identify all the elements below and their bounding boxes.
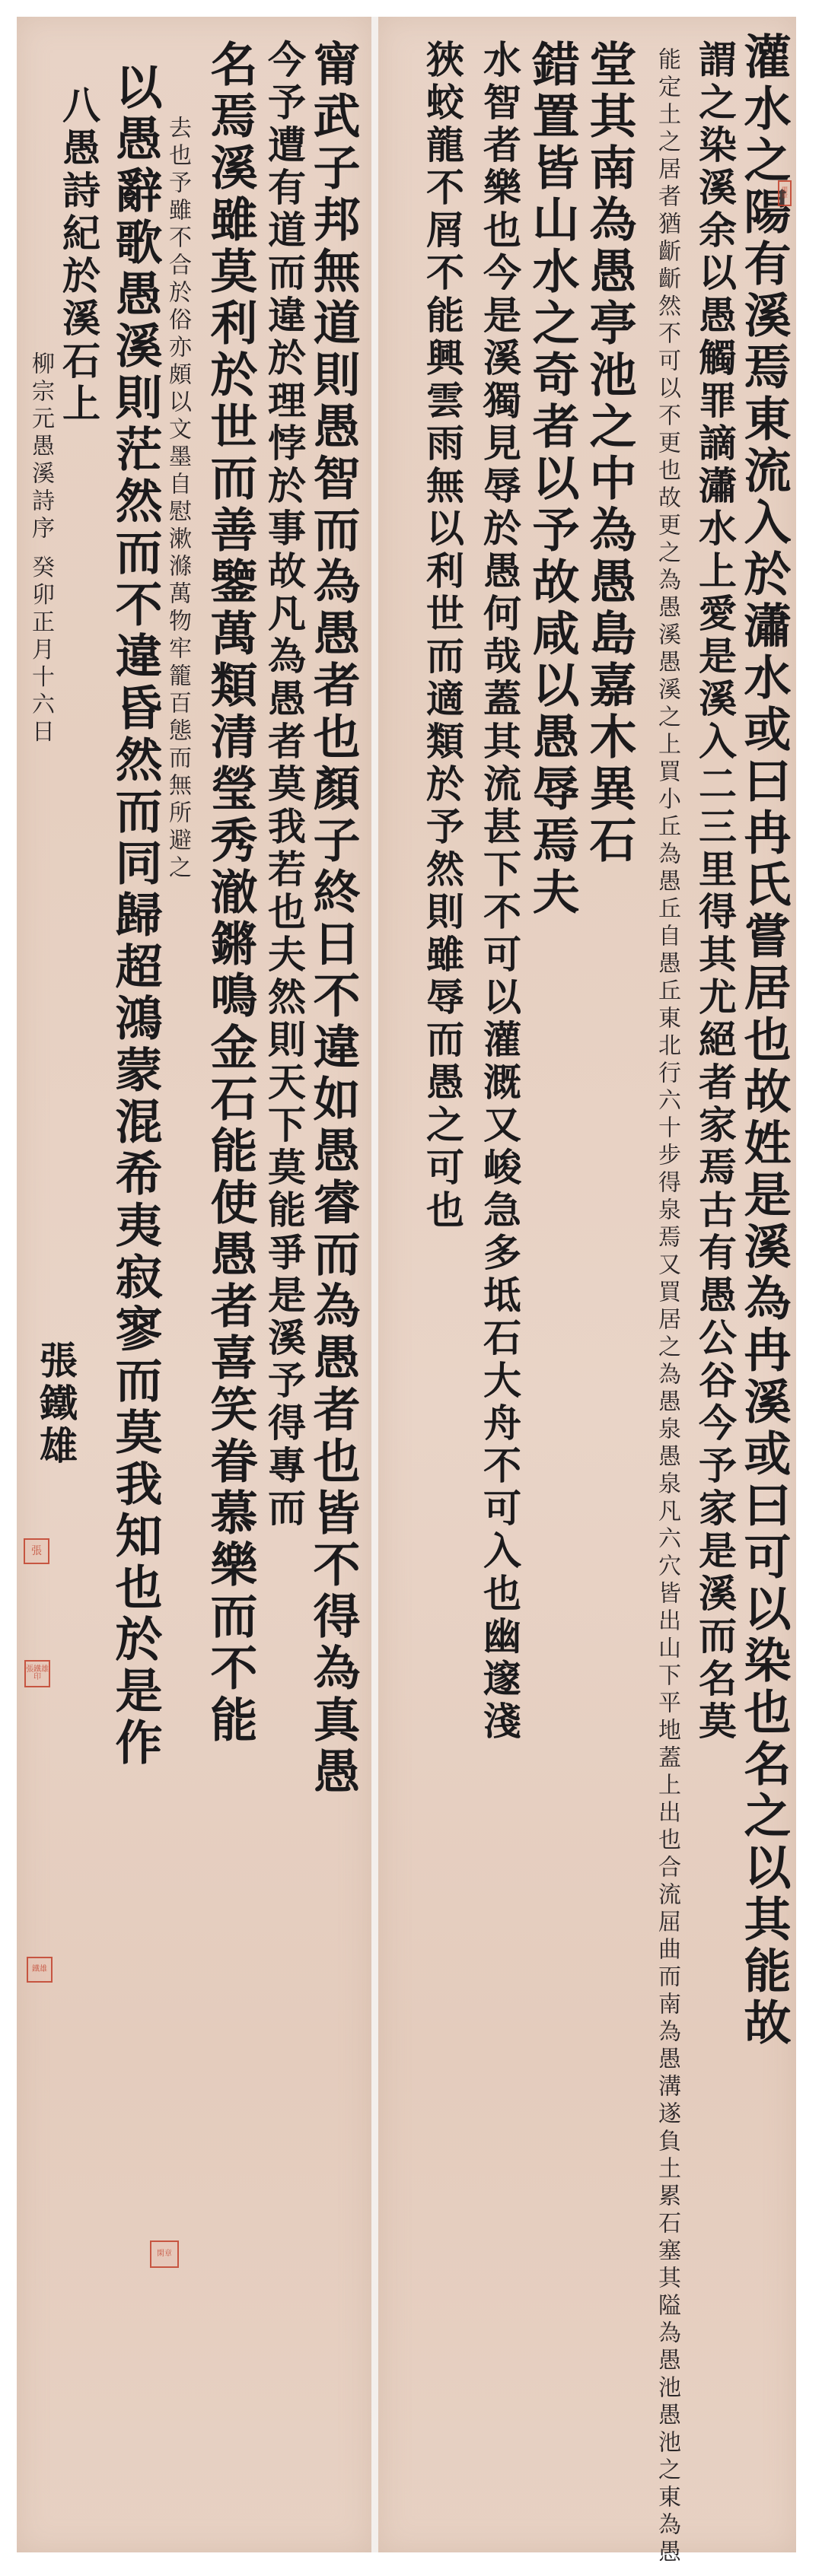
calligraphy-column: 今予遭有道而違於理悖於事故凡為愚者莫我若也夫然則天下莫能爭是溪予得專而 — [265, 40, 303, 1531]
seal-square: 張鐵雄印 — [24, 1660, 50, 1687]
seal-square: 閑章 — [150, 2240, 179, 2268]
calligraphy-column: 八愚詩紀於溪石上 — [59, 85, 97, 426]
seal-name: 張 — [24, 1538, 49, 1564]
seal-small: 閑章 — [778, 180, 792, 206]
calligraphy-column: 名焉溪雖莫利於世而善鑒萬類清瑩秀澈鏘鳴金石能使愚者喜笑眷慕樂而不能 — [206, 40, 253, 1747]
right-scroll: 灌水之陽有溪焉東流入於瀟水或曰冉氏嘗居也故姓是溪為冉溪或曰可以染也名之以其能故 … — [378, 17, 796, 2552]
inscription-column: 柳宗元愚溪詩序 癸卯正月十六日 — [29, 351, 52, 747]
calligraphy-column: 灌水之陽有溪焉東流入於瀟水或曰冉氏嘗居也故姓是溪為冉溪或曰可以染也名之以其能故 — [740, 32, 787, 2050]
seal-square: 鐵雄 — [27, 1957, 53, 1983]
calligraphy-column: 甯武子邦無道則愚智而為愚者也顏子終日不違如愚睿而為愚者也皆不得為真愚 — [309, 40, 356, 1798]
calligraphy-column: 堂其南為愚亭池之中為愚島嘉木異石 — [585, 40, 632, 867]
signature: 張鐵雄 — [37, 1340, 75, 1468]
scroll-gap — [371, 17, 378, 2552]
left-scroll: 甯武子邦無道則愚智而為愚者也顏子終日不違如愚睿而為愚者也皆不得為真愚 今予遭有道… — [17, 17, 371, 2552]
calligraphy-column: 能定土之居者猶齗齗然不可以不更也故更之為愚溪愚溪之上買小丘為愚丘自愚丘東北行六十… — [655, 47, 678, 2567]
calligraphy-column: 去也予雖不合於俗亦頗以文墨自慰漱滌萬物牢籠百態而無所避之 — [166, 116, 189, 883]
calligraphy-column: 錯置皆山水之奇者以予故咸以愚辱焉夫 — [528, 40, 575, 919]
calligraphy-column: 謂之染溪余以愚觸罪謫瀟水上愛是溪入二三里得其尤絕者家焉古有愚公谷今予家是溪而名莫 — [696, 40, 734, 1744]
calligraphy-column: 水智者樂也今是溪獨見辱於愚何哉蓋其流甚下不可以灌溉又峻急多坻石大舟不可入也幽邃淺 — [480, 40, 518, 1744]
calligraphy-column: 狹蛟龍不屑不能興雲雨無以利世而適類於予然則雖辱而愚之可也 — [423, 40, 461, 1232]
calligraphy-column: 以愚辭歌愚溪則茫然而不違昏然而同歸超鴻蒙混希夷寂寥而莫我知也於是作 — [111, 62, 158, 1770]
